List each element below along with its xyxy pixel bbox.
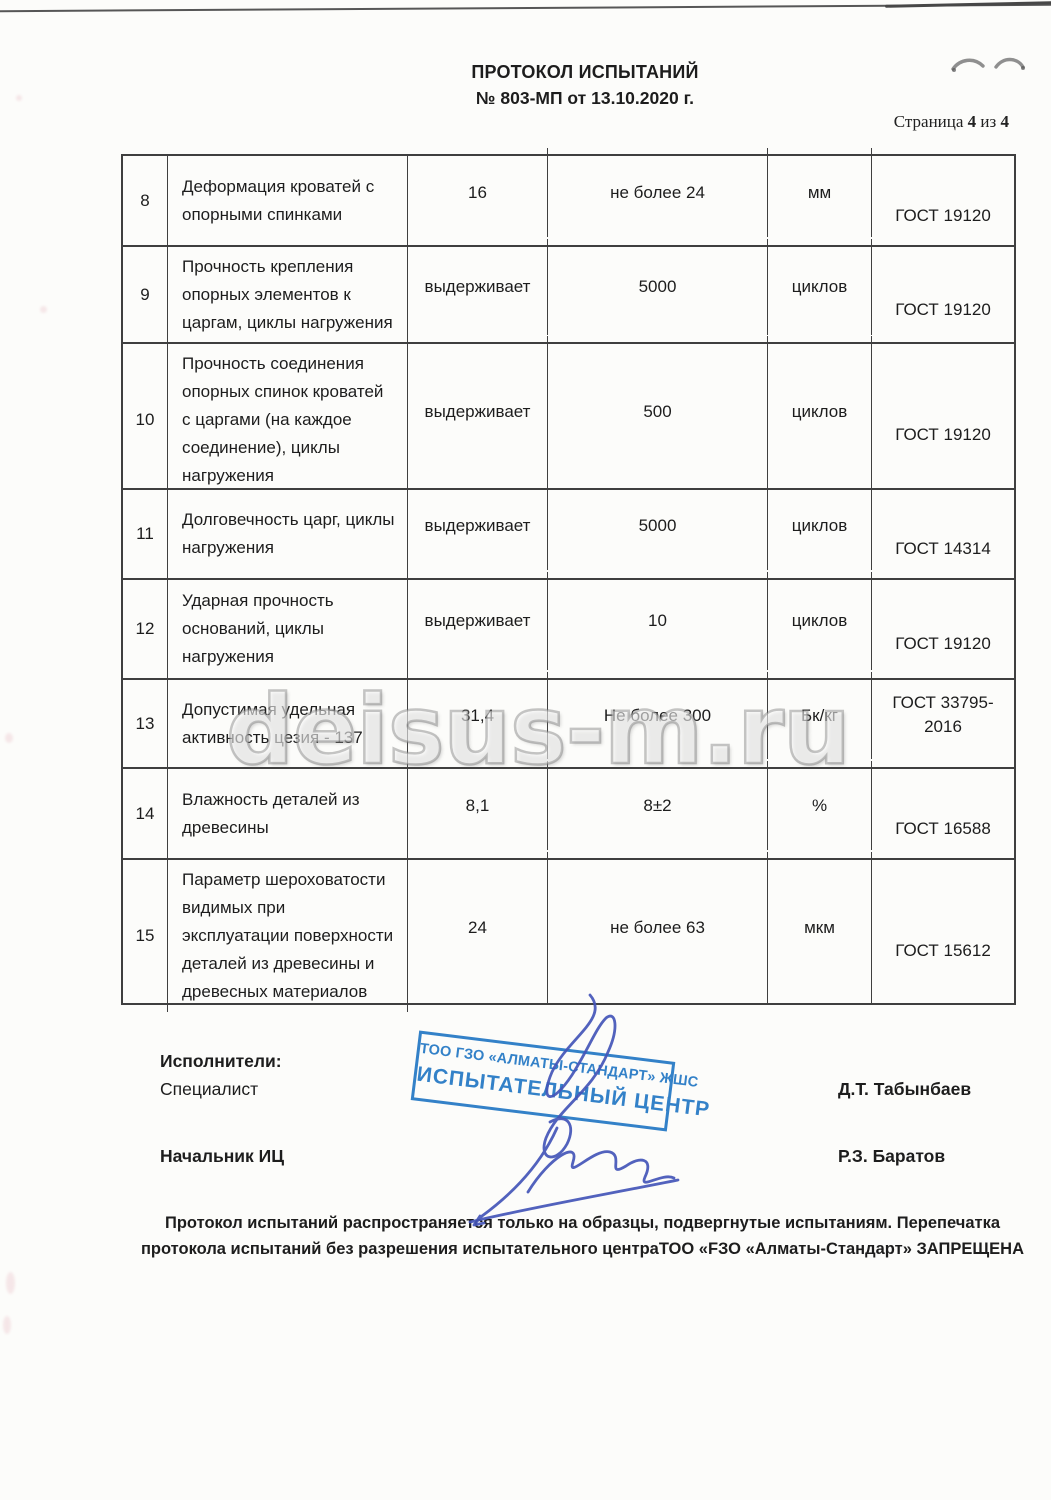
measured-value-cell: выдерживает	[408, 336, 548, 488]
site-watermark: deisus-m.ru	[226, 676, 850, 786]
head-name: Р.З. Баратов	[838, 1146, 945, 1167]
parameter-name-cell: Параметр шероховатости видимых при экспл…	[168, 860, 408, 1012]
gost-standard-text: ГОСТ 19120	[895, 298, 991, 322]
page-indicator-separator: из	[980, 112, 996, 131]
gost-standard-cell: ГОСТ 19120	[872, 580, 1014, 678]
table-row: 8 Деформация кроватей с опорными спинкам…	[123, 156, 1014, 247]
scan-smudge	[3, 1316, 11, 1334]
norm-value-cell: 5000	[548, 239, 768, 335]
unit-cell: циклов	[768, 482, 872, 570]
table-row: 9 Прочность крепления опорных элементов …	[123, 247, 1014, 344]
row-number-cell: 12	[123, 580, 168, 678]
scan-smudge	[16, 95, 22, 101]
gost-standard-text: ГОСТ 15612	[895, 939, 991, 963]
gost-standard-text: ГОСТ 19120	[895, 423, 991, 447]
gost-standard-text: ГОСТ 19120	[895, 632, 991, 656]
gost-standard-text: ГОСТ 14314	[895, 537, 991, 561]
norm-value-cell: 500	[548, 336, 768, 488]
scan-smudge	[40, 306, 47, 313]
page-indicator-total: 4	[1001, 112, 1010, 131]
row-number-cell: 14	[123, 769, 168, 858]
row-number-cell: 8	[123, 156, 168, 245]
measured-value-cell: выдерживает	[408, 239, 548, 335]
page-indicator-prefix: Страница	[894, 112, 964, 131]
unit-cell: мм	[768, 148, 872, 237]
gost-standard-cell: ГОСТ 19120	[872, 156, 1014, 245]
row-number-cell: 15	[123, 860, 168, 1012]
parameter-name-cell: Долговечность царг, циклы нагружения	[168, 490, 408, 578]
gost-standard-cell: ГОСТ 15612	[872, 860, 1014, 1012]
norm-value-cell: 5000	[548, 482, 768, 570]
row-number-cell: 10	[123, 344, 168, 496]
unit-cell: циклов	[768, 572, 872, 670]
specialist-name: Д.Т. Табынбаев	[838, 1079, 971, 1100]
specialist-role-label: Специалист	[160, 1079, 258, 1100]
row-number-cell: 13	[123, 680, 168, 767]
measured-value-cell: 16	[408, 148, 548, 237]
parameter-name-cell: Прочность крепления опорных элементов к …	[168, 247, 408, 343]
unit-cell: циклов	[768, 336, 872, 488]
scan-edge-line-right	[885, 1, 1051, 8]
unit-cell: мкм	[768, 852, 872, 1004]
norm-value-cell: не более 24	[548, 148, 768, 237]
row-number-cell: 9	[123, 247, 168, 343]
measured-value-cell: выдерживает	[408, 482, 548, 570]
executors-label: Исполнители:	[160, 1051, 282, 1072]
gost-standard-text: ГОСТ 33795-2016	[882, 691, 1004, 739]
measured-value-cell: выдерживает	[408, 572, 548, 670]
page-indicator-current: 4	[968, 112, 977, 131]
parameter-name-cell: Деформация кроватей с опорными спинками	[168, 156, 408, 245]
gost-standard-text: ГОСТ 16588	[895, 817, 991, 841]
parameter-name-cell: Прочность соединения опорных спинок кров…	[168, 344, 408, 496]
gost-standard-cell: ГОСТ 16588	[872, 769, 1014, 858]
row-number-cell: 11	[123, 490, 168, 578]
test-results-table: 8 Деформация кроватей с опорными спинкам…	[121, 154, 1016, 1005]
unit-cell: циклов	[768, 239, 872, 335]
gost-standard-text: ГОСТ 19120	[895, 204, 991, 228]
norm-value-cell: 10	[548, 572, 768, 670]
signature-ink	[400, 980, 730, 1245]
gost-standard-cell: ГОСТ 14314	[872, 490, 1014, 578]
page-title: ПРОТОКОЛ ИСПЫТАНИЙ	[160, 62, 1010, 83]
document-header: ПРОТОКОЛ ИСПЫТАНИЙ № 803-МП от 13.10.202…	[160, 62, 1010, 109]
head-role-label: Начальник ИЦ	[160, 1146, 284, 1167]
scan-smudge	[5, 733, 13, 743]
gost-standard-cell: ГОСТ 33795-2016	[872, 680, 1014, 767]
table-row: 10 Прочность соединения опорных спинок к…	[123, 344, 1014, 490]
table-row: 11 Долговечность царг, циклы нагружения …	[123, 490, 1014, 580]
gost-standard-cell: ГОСТ 19120	[872, 247, 1014, 343]
document-number: № 803-МП от 13.10.2020 г.	[160, 88, 1010, 109]
page-indicator: Страница 4 из 4	[894, 112, 1009, 132]
scan-smudge	[6, 1272, 15, 1294]
gost-standard-cell: ГОСТ 19120	[872, 344, 1014, 496]
table-row: 12 Ударная прочность оснований, циклы на…	[123, 580, 1014, 680]
document-page: ПРОТОКОЛ ИСПЫТАНИЙ № 803-МП от 13.10.202…	[0, 0, 1051, 1500]
parameter-name-cell: Ударная прочность оснований, циклы нагру…	[168, 580, 408, 678]
